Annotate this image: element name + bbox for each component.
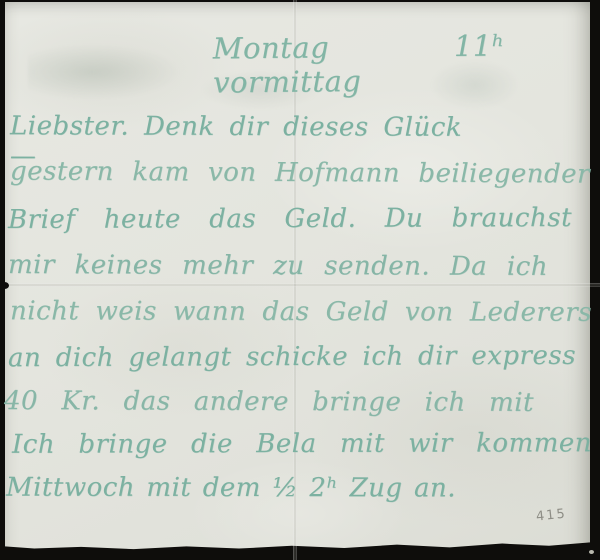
letter-line: Ich bringe die Bela mit wir kommen xyxy=(12,428,592,460)
letter-line: nicht weis wann das Geld von Lederers xyxy=(10,296,592,328)
paper-speck xyxy=(589,550,594,554)
letter-line: mir keines mehr zu senden. Da ich xyxy=(8,250,548,282)
letter-line: an dich gelangt schicke ich dir express xyxy=(8,341,576,373)
letter-line: Mittwoch mit dem ½ 2ʰ Zug an. xyxy=(6,473,456,504)
letter-date-line: Montag 11ʰ vormittag xyxy=(213,28,506,99)
horizontal-fold-crease xyxy=(0,283,600,287)
letter-line: gestern kam von Hofmann beiliegender xyxy=(10,156,590,189)
fold-edge-notch xyxy=(0,282,9,289)
letter-line: Brief heute das Geld. Du brauchst xyxy=(8,203,572,235)
scanned-letter-image: Montag 11ʰ vormittag Liebster. Denk dir … xyxy=(0,0,600,560)
letter-line: 40 Kr. das andere bringe ich mit xyxy=(4,386,534,418)
pencil-archive-number: 415 xyxy=(535,506,567,524)
